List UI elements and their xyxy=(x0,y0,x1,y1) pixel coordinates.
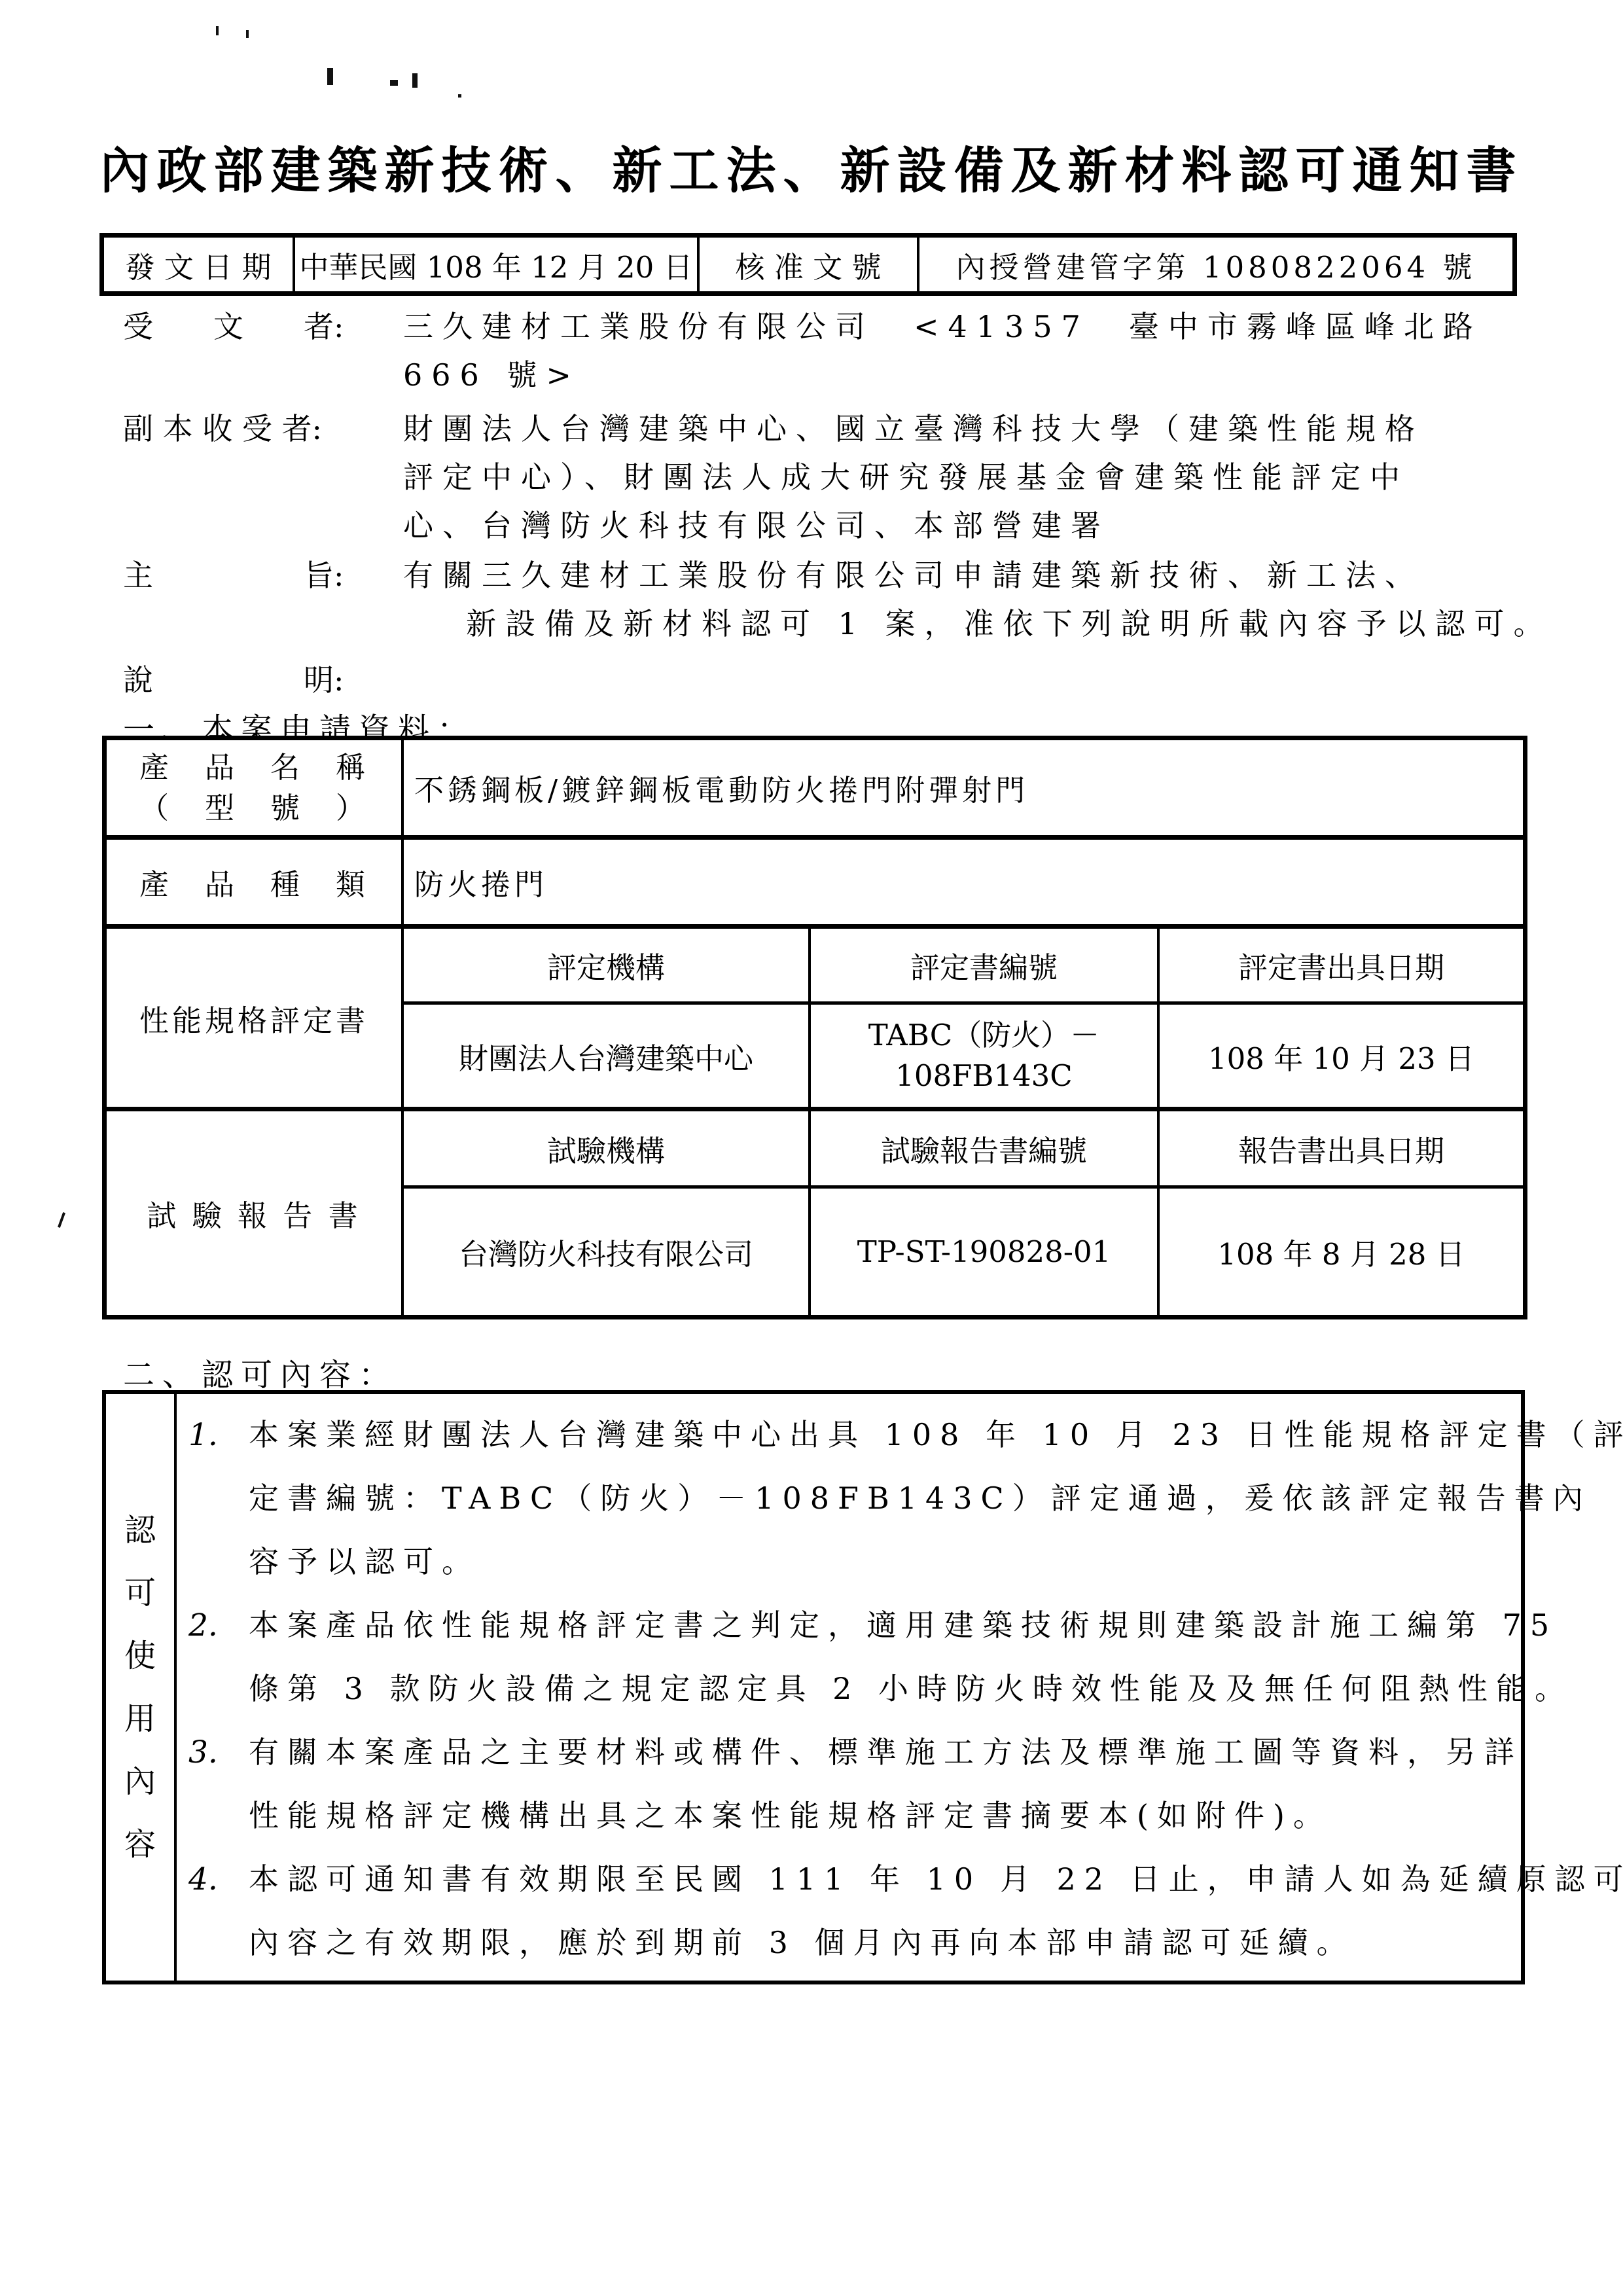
approval-number-label: 核 准 文 號 xyxy=(697,238,917,291)
scan-artifact xyxy=(327,68,333,85)
approval-item: 1. 本案業經財團法人台灣建築中心出具 108 年 10 月 23 日性能規格評… xyxy=(177,1403,1623,1594)
cc-line: 財團法人台灣建築中心、國立臺灣科技大學（建築性能規格 xyxy=(403,404,1530,453)
product-name-label-line: （ 型 號 ） xyxy=(139,788,368,829)
product-type-label: 產 品 種 類 xyxy=(107,835,401,924)
test-no-value: TP-ST-190828-01 xyxy=(808,1185,1157,1315)
issue-date-label: 發 文 日 期 xyxy=(104,238,293,291)
approval-item-line: 定書編號：TABC（防火）－108FB143C）評定通過，爰依該評定報告書內 xyxy=(249,1467,1623,1530)
product-name-label-line: 產 品 名 稱 xyxy=(139,747,368,788)
scan-artifact xyxy=(458,94,461,98)
document-title: 內政部建築新技術、新工法、新設備及新材料認可通知書 xyxy=(0,131,1623,202)
approval-number-value: 內授營建管字第 1080822064 號 xyxy=(917,238,1512,291)
spec-no-line: TABC（防火）－ xyxy=(868,1015,1099,1056)
cc-label: 副 本 收 受 者: xyxy=(123,404,403,550)
approval-item-line: 本認可通知書有效期限至民國 111 年 10 月 22 日止，申請人如為延續原認… xyxy=(249,1848,1623,1911)
test-org-header: 試驗機構 xyxy=(401,1107,808,1185)
approval-item-line: 內容之有效期限，應於到期前 3 個月內再向本部申請認可延續。 xyxy=(249,1911,1623,1975)
approval-item-number: 2. xyxy=(188,1594,218,1657)
application-data-table: 產 品 名 稱 （ 型 號 ） 不銹鋼板/鍍鋅鋼板電動防火捲門附彈射門 產 品 … xyxy=(102,736,1527,1319)
test-no-header: 試驗報告書編號 xyxy=(808,1107,1157,1185)
subject-value: 有關三久建材工業股份有限公司申請建築新技術、新工法、 新設備及新材料認可 1 案… xyxy=(403,551,1553,648)
spec-org-header: 評定機構 xyxy=(401,924,808,1001)
approval-item-line: 性能規格評定機構出具之本案性能規格評定書摘要本(如附件)。 xyxy=(249,1784,1623,1848)
recipient-line: 三久建材工業股份有限公司 <41357 臺中市霧峰區峰北路 xyxy=(403,302,1530,351)
section2-heading: 二、認可內容： xyxy=(123,1350,398,1395)
spec-no-line: 108FB143C xyxy=(895,1056,1073,1096)
approval-item-number: 4. xyxy=(188,1848,218,1911)
spec-org-value: 財團法人台灣建築中心 xyxy=(401,1001,808,1107)
product-type-value: 防火捲門 xyxy=(401,835,1523,924)
approval-item: 2. 本案產品依性能規格評定書之判定，適用建築技術規則建築設計施工編第 75 條… xyxy=(177,1594,1623,1721)
spec-date-header: 評定書出具日期 xyxy=(1157,924,1523,1001)
explanation-label: 說 明: xyxy=(123,656,403,704)
scan-artifact xyxy=(246,30,249,38)
recipient-value: 三久建材工業股份有限公司 <41357 臺中市霧峰區峰北路 666 號> xyxy=(403,302,1530,399)
recipient-field: 受 文 者: 三久建材工業股份有限公司 <41357 臺中市霧峰區峰北路 666… xyxy=(123,302,1530,399)
approval-item-number: 3. xyxy=(188,1721,218,1784)
scan-artifact xyxy=(216,26,219,35)
scan-artifact xyxy=(58,1212,65,1228)
subject-line: 有關三久建材工業股份有限公司申請建築新技術、新工法、 xyxy=(403,551,1553,600)
cc-field: 副 本 收 受 者: 財團法人台灣建築中心、國立臺灣科技大學（建築性能規格 評定… xyxy=(123,404,1530,550)
subject-line: 新設備及新材料認可 1 案，准依下列說明所載內容予以認可。 xyxy=(466,600,1553,648)
spec-report-group-label: 性能規格評定書 xyxy=(107,924,401,1107)
approval-item: 4. 本認可通知書有效期限至民國 111 年 10 月 22 日止，申請人如為延… xyxy=(177,1848,1623,1975)
subject-field: 主 旨: 有關三久建材工業股份有限公司申請建築新技術、新工法、 新設備及新材料認… xyxy=(123,551,1530,648)
header-table: 發 文 日 期 中華民國 108 年 12 月 20 日 核 准 文 號 內授營… xyxy=(99,233,1517,296)
test-report-group-label: 試 驗 報 告 書 xyxy=(107,1107,401,1315)
cc-line: 評定中心）、財團法人成大研究發展基金會建築性能評定中 xyxy=(403,453,1530,501)
issue-date-value: 中華民國 108 年 12 月 20 日 xyxy=(293,238,697,291)
approval-item-line: 本案產品依性能規格評定書之判定，適用建築技術規則建築設計施工編第 75 xyxy=(249,1594,1623,1657)
recipient-line: 666 號> xyxy=(403,351,1530,399)
scan-artifact xyxy=(412,73,418,88)
explanation-field: 說 明: xyxy=(123,656,1530,704)
document-page: 內政部建築新技術、新工法、新設備及新材料認可通知書 發 文 日 期 中華民國 1… xyxy=(0,0,1623,2296)
approval-item: 3. 有關本案產品之主要材料或構件、標準施工方法及標準施工圖等資料，另詳 性能規… xyxy=(177,1721,1623,1848)
approval-content-table: 認 可 使 用 內 容 1. 本案業經財團法人台灣建築中心出具 108 年 10… xyxy=(102,1390,1525,1984)
approval-item-line: 條第 3 款防火設備之規定認定具 2 小時防火時效性能及及無任何阻熱性能。 xyxy=(249,1657,1623,1721)
test-date-header: 報告書出具日期 xyxy=(1157,1107,1523,1185)
recipient-label: 受 文 者: xyxy=(123,302,403,399)
approval-side-cell: 認 可 使 用 內 容 xyxy=(106,1394,177,1981)
spec-date-value: 108 年 10 月 23 日 xyxy=(1157,1001,1523,1107)
product-name-label: 產 品 名 稱 （ 型 號 ） xyxy=(107,740,401,835)
approval-items: 1. 本案業經財團法人台灣建築中心出具 108 年 10 月 23 日性能規格評… xyxy=(177,1394,1623,1981)
approval-item-line: 有關本案產品之主要材料或構件、標準施工方法及標準施工圖等資料，另詳 xyxy=(249,1721,1623,1784)
test-date-value: 108 年 8 月 28 日 xyxy=(1157,1185,1523,1315)
cc-value: 財團法人台灣建築中心、國立臺灣科技大學（建築性能規格 評定中心）、財團法人成大研… xyxy=(403,404,1530,550)
approval-item-line: 本案業經財團法人台灣建築中心出具 108 年 10 月 23 日性能規格評定書（… xyxy=(249,1403,1623,1467)
test-org-value: 台灣防火科技有限公司 xyxy=(401,1185,808,1315)
cc-line: 心、台灣防火科技有限公司、本部營建署 xyxy=(403,501,1530,550)
approval-item-line: 容予以認可。 xyxy=(249,1530,1623,1594)
product-name-value: 不銹鋼板/鍍鋅鋼板電動防火捲門附彈射門 xyxy=(401,740,1523,835)
spec-no-header: 評定書編號 xyxy=(808,924,1157,1001)
subject-label: 主 旨: xyxy=(123,551,403,648)
scan-artifact xyxy=(390,80,398,86)
approval-side-label: 認 可 使 用 內 容 xyxy=(124,1499,156,1876)
approval-item-number: 1. xyxy=(188,1403,218,1467)
spec-no-value: TABC（防火）－ 108FB143C xyxy=(808,1001,1157,1107)
